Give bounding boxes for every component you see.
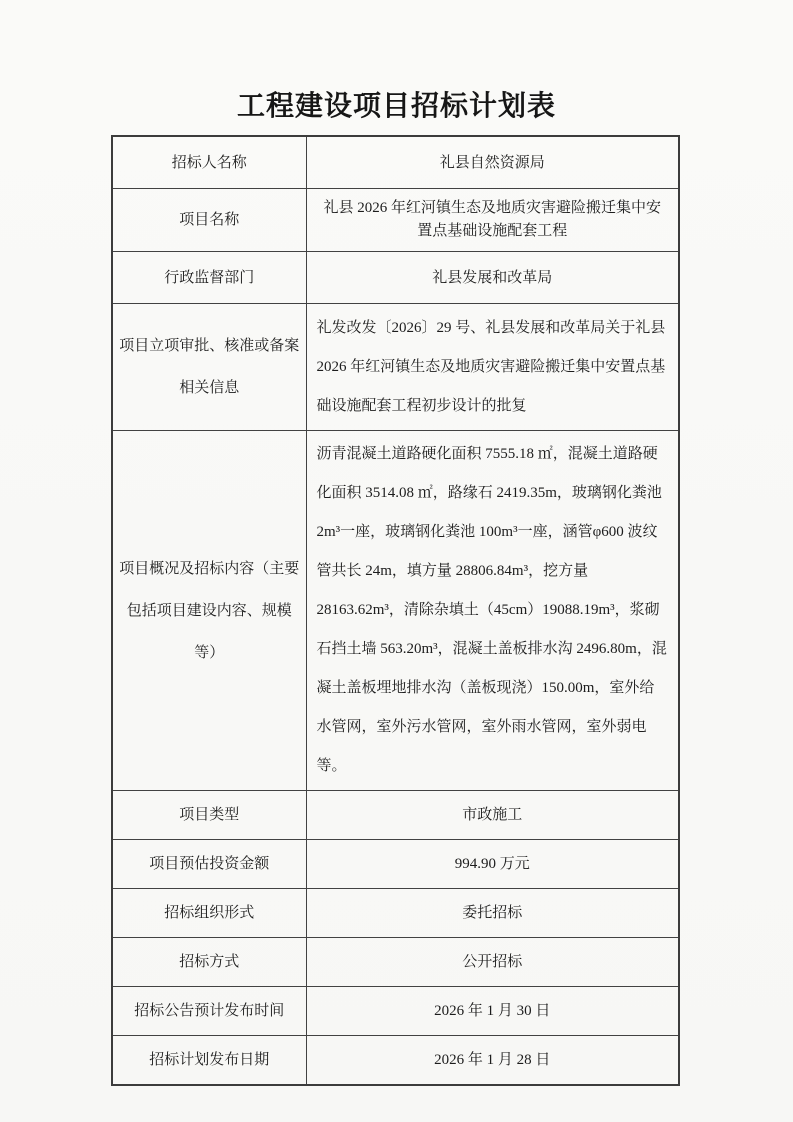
bidding-plan-table: 招标人名称 礼县自然资源局 项目名称 礼县 2026 年红河镇生态及地质灾害避险… [111, 135, 680, 1086]
row-value: 礼县发展和改革局 [306, 252, 679, 304]
row-label: 行政监督部门 [112, 252, 306, 304]
document-title: 工程建设项目招标计划表 [0, 84, 793, 124]
row-value: 2026 年 1 月 30 日 [306, 987, 679, 1036]
table-row-plan-publish-date: 招标计划发布日期 2026 年 1 月 28 日 [112, 1036, 679, 1086]
row-label: 招标计划发布日期 [112, 1036, 306, 1086]
table-row-approval-info: 项目立项审批、核准或备案相关信息 礼发改发〔2026〕29 号、礼县发展和改革局… [112, 304, 679, 431]
table-row-project-name: 项目名称 礼县 2026 年红河镇生态及地质灾害避险搬迁集中安置点基础设施配套工… [112, 189, 679, 252]
row-value: 沥青混凝土道路硬化面积 7555.18 ㎡，混凝土道路硬化面积 3514.08 … [306, 431, 679, 791]
row-label: 招标组织形式 [112, 889, 306, 938]
table-row-project-overview: 项目概况及招标内容（主要包括项目建设内容、规模等） 沥青混凝土道路硬化面积 75… [112, 431, 679, 791]
table-row-bidder-name: 招标人名称 礼县自然资源局 [112, 136, 679, 189]
row-value: 礼发改发〔2026〕29 号、礼县发展和改革局关于礼县 2026 年红河镇生态及… [306, 304, 679, 431]
row-value: 公开招标 [306, 938, 679, 987]
table-row-organization-form: 招标组织形式 委托招标 [112, 889, 679, 938]
row-value: 礼县自然资源局 [306, 136, 679, 189]
document-page: 工程建设项目招标计划表 招标人名称 礼县自然资源局 项目名称 礼县 2026 年… [0, 0, 793, 1122]
row-label: 招标人名称 [112, 136, 306, 189]
row-label: 招标方式 [112, 938, 306, 987]
row-value: 礼县 2026 年红河镇生态及地质灾害避险搬迁集中安置点基础设施配套工程 [306, 189, 679, 252]
row-label: 项目立项审批、核准或备案相关信息 [112, 304, 306, 431]
row-label: 项目预估投资金额 [112, 840, 306, 889]
row-value: 市政施工 [306, 791, 679, 840]
table-row-supervision-dept: 行政监督部门 礼县发展和改革局 [112, 252, 679, 304]
row-value: 994.90 万元 [306, 840, 679, 889]
row-label: 项目概况及招标内容（主要包括项目建设内容、规模等） [112, 431, 306, 791]
row-value: 2026 年 1 月 28 日 [306, 1036, 679, 1086]
row-value: 委托招标 [306, 889, 679, 938]
table-row-bidding-method: 招标方式 公开招标 [112, 938, 679, 987]
table-row-announcement-expected-date: 招标公告预计发布时间 2026 年 1 月 30 日 [112, 987, 679, 1036]
row-label: 项目类型 [112, 791, 306, 840]
table-row-estimated-investment: 项目预估投资金额 994.90 万元 [112, 840, 679, 889]
row-label: 招标公告预计发布时间 [112, 987, 306, 1036]
row-label: 项目名称 [112, 189, 306, 252]
table-row-project-type: 项目类型 市政施工 [112, 791, 679, 840]
